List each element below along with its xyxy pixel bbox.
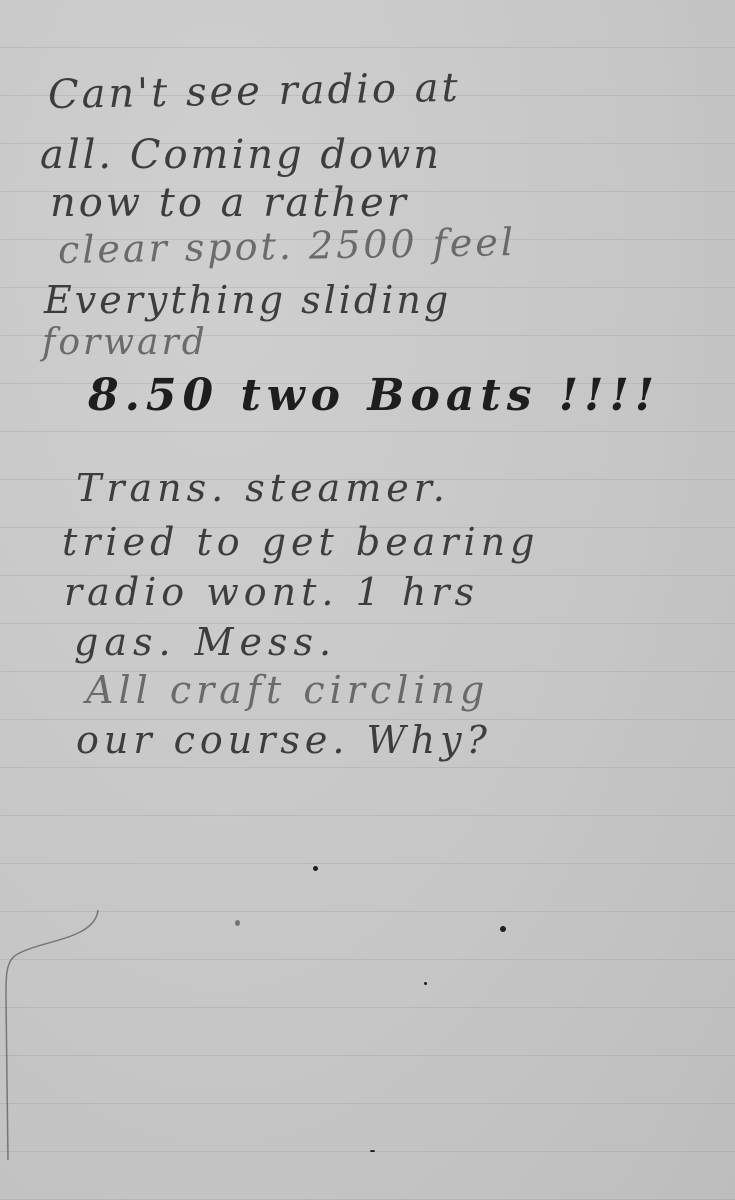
note-line-10: radio wont. 1 hrs (64, 570, 479, 614)
ink-speck (235, 920, 240, 926)
note-line-1: Can't see radio at (48, 65, 461, 118)
note-line-3: now to a rather (50, 180, 409, 226)
note-line-8: Trans. steamer. (76, 466, 450, 510)
ink-speck (370, 1150, 375, 1152)
note-line-11: gas. Mess. (74, 620, 337, 664)
ink-speck (424, 982, 427, 985)
note-line-4: clear spot. 2500 feel (58, 220, 517, 272)
note-line-5: Everything sliding (44, 278, 451, 322)
note-line-7: 8.50 two Boats !!!! (88, 370, 660, 421)
note-line-13: our course. Why? (76, 718, 492, 762)
ink-speck (313, 866, 318, 871)
margin-pencil-mark (0, 900, 110, 1200)
note-line-2: all. Coming down (40, 132, 442, 178)
note-line-9: tried to get bearing (62, 520, 539, 564)
ink-speck (500, 926, 506, 932)
note-line-12: All craft circling (86, 668, 489, 712)
note-line-6: forward (42, 322, 208, 363)
